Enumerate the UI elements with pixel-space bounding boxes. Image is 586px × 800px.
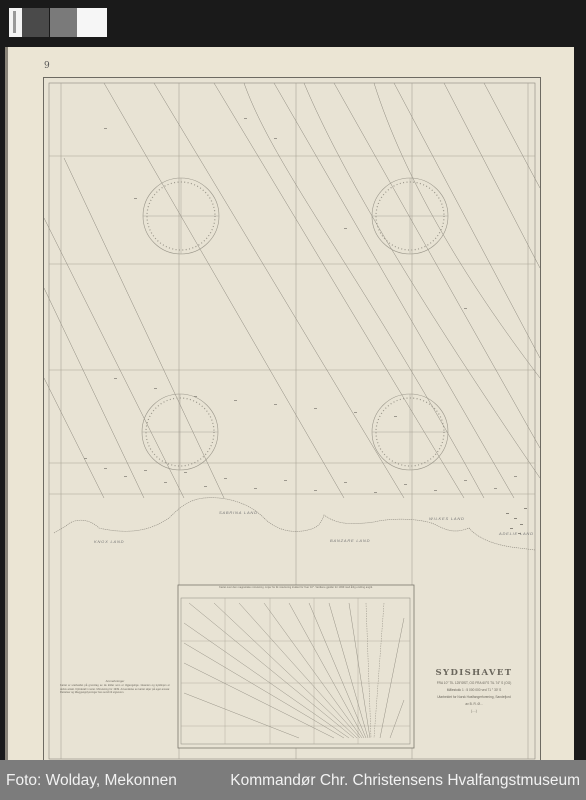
chart-scale: Målestokk 1 : 5 000 000 ved 71 ° 30' S <box>414 688 534 692</box>
nautical-chart-map: Kartet over den magnetiske misvisning. L… <box>43 77 541 765</box>
color-calibration-chart <box>9 8 108 37</box>
chart-author: av B. R. Ø... <box>414 702 534 706</box>
chart-title-block: SYDISHAVET FRA 10° TIL 125°ØST, OG FRA 6… <box>414 668 534 713</box>
chart-notes: Anmerkninger Kartet er utarbeidet på gru… <box>60 680 170 694</box>
compass-rose-4 <box>372 394 448 470</box>
land-label-adelie: ADELIE LAND <box>499 531 534 536</box>
chart-graphics <box>44 78 540 764</box>
photo-caption-bar: Foto: Wolday, Mekonnen Kommandør Chr. Ch… <box>0 760 586 800</box>
chart-sheet: 9 <box>5 47 574 770</box>
color-chart-label <box>9 8 22 37</box>
compass-rose-3 <box>142 394 218 470</box>
notes-title: Anmerkninger <box>60 680 170 683</box>
isogonic-lines <box>44 83 540 498</box>
chart-publisher: Utarbeidet for Norsk Hvalfangerforening,… <box>414 695 534 699</box>
land-label-wilkes: WILKES LAND <box>429 516 465 521</box>
chart-title: SYDISHAVET <box>414 668 534 678</box>
swatch-dark-gray <box>22 8 49 37</box>
parallel-lines <box>49 156 535 494</box>
land-label-banzare: BANZARE LAND <box>330 538 370 543</box>
inset-caption: Kartet over den magnetiske misvisning. L… <box>194 586 398 589</box>
swatch-white <box>77 8 107 37</box>
photographer-credit: Foto: Wolday, Mekonnen <box>6 772 177 790</box>
notes-text: Kartet er utarbeidet på grunnlag av de k… <box>60 684 170 694</box>
plate-number: 9 <box>44 61 50 71</box>
land-label-knox: KNOX LAND <box>94 539 124 544</box>
compass-rose-2 <box>372 178 448 254</box>
chart-subtitle-1: FRA 10° TIL 125°ØST, OG FRA 60°S TIL 74°… <box>414 681 534 685</box>
inset-map <box>178 585 414 748</box>
institution-credit: Kommandør Chr. Christensens Hvalfangstmu… <box>230 772 580 790</box>
chart-edition: (....) <box>414 709 534 713</box>
antarctic-coastline <box>54 498 535 550</box>
soundings <box>84 118 517 493</box>
binding-edge <box>5 47 8 770</box>
compass-roses <box>142 178 448 470</box>
land-label-sabrina: SABRINA LAND <box>219 510 258 515</box>
swatch-mid-gray <box>50 8 77 37</box>
compass-rose-1 <box>143 178 219 254</box>
